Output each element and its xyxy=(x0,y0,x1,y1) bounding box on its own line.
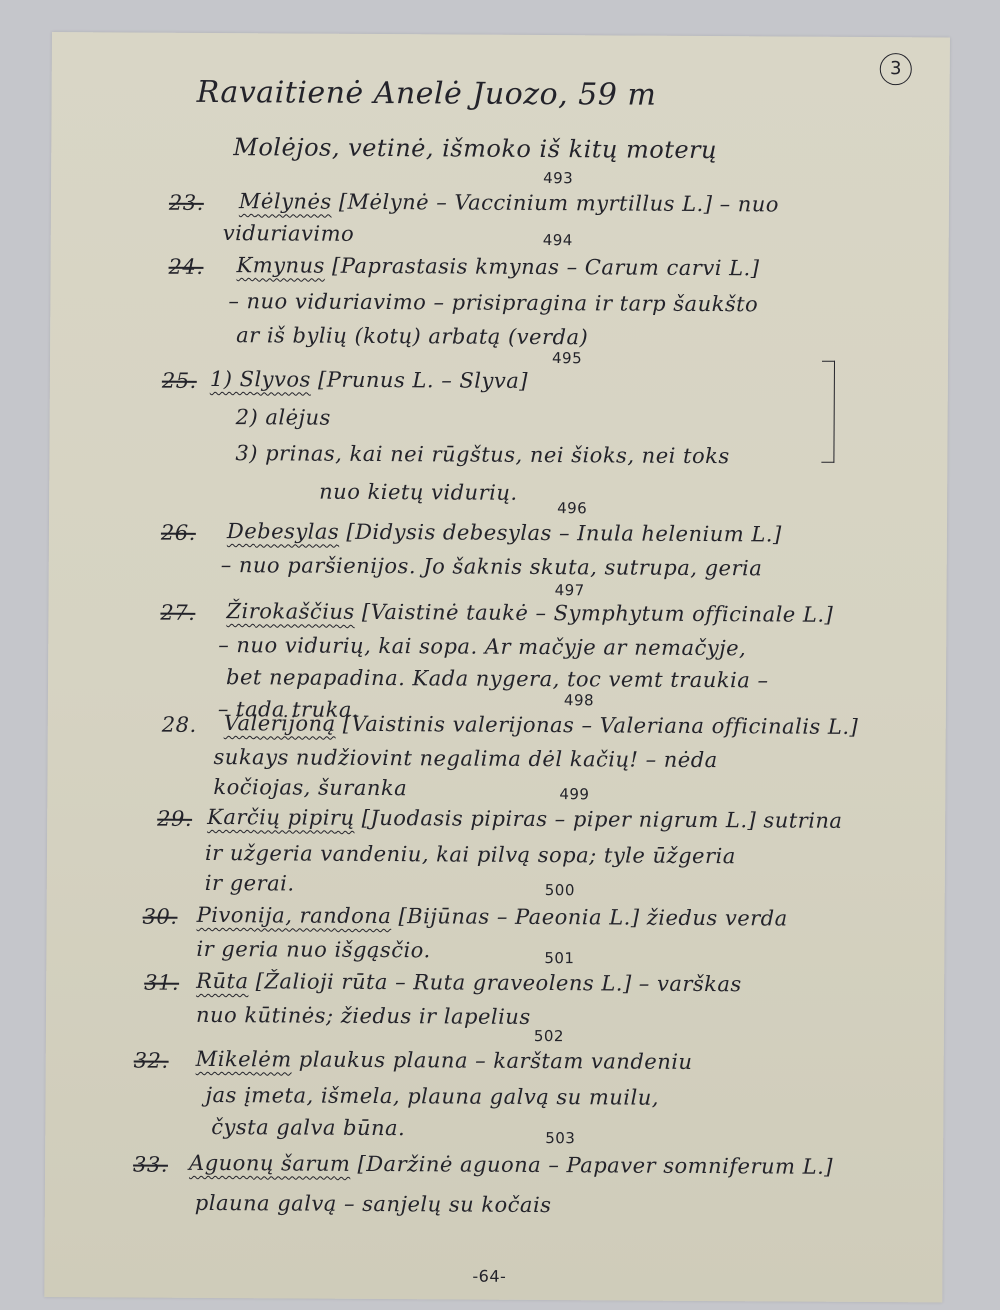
entry-line: Karčių pipirų [Juodasis pipiras – piper … xyxy=(207,805,842,833)
bracket-mark xyxy=(821,361,835,463)
entry-line: 3) prinas, kai nei rūgštus, nei šioks, n… xyxy=(235,441,729,468)
entry-term: Valerijoną xyxy=(224,711,336,736)
entry-ref-number: 503 xyxy=(545,1129,575,1147)
entry-line: 1) Slyvos [Prunus L. – Slyva] xyxy=(210,367,528,393)
entry-number: 33. xyxy=(133,1153,168,1177)
entry-line: – nuo paršienijos. Jo šaknis skuta, sutr… xyxy=(221,553,763,580)
entry-line: bet nepapadina. Kada nygera, toc vemt tr… xyxy=(226,665,769,692)
entry-number: 24. xyxy=(168,255,203,279)
entry-line: 2) alėjus xyxy=(236,405,331,430)
entry-line: Žirokaščius [Vaistinė taukė – Symphytum … xyxy=(226,599,833,627)
entry-line: ar iš bylių (kotų) arbatą (verda) xyxy=(236,323,588,349)
entry-line: – nuo viduriavimo – prisipragina ir tarp… xyxy=(228,289,758,316)
entry-line: čysta galva būna. xyxy=(211,1115,405,1140)
entry-number: 27. xyxy=(160,601,195,625)
entry-line: Kmynus [Paprastasis kmynas – Carum carvi… xyxy=(237,253,760,280)
entry-line: ir geria nuo išgąsčio. xyxy=(196,937,430,962)
entry-line: nuo kūtinės; žiedus ir lapelius xyxy=(196,1003,531,1029)
entry-term: Aguonų šarum xyxy=(189,1151,350,1176)
entry-line: Valerijoną [Vaistinis valerijonas – Vale… xyxy=(224,711,859,739)
document-page: 3 Ravaitienė Anelė Juozo, 59 m Molėjos, … xyxy=(44,32,950,1302)
entry-term: Debesylas xyxy=(227,519,339,544)
entry-line: Mikelėm plaukus plauna – karštam vandeni… xyxy=(196,1047,693,1074)
entry-number: 32. xyxy=(134,1049,169,1073)
page-number-footer: -64- xyxy=(472,1267,506,1286)
entry-term: 1) Slyvos xyxy=(210,367,311,392)
entry-ref-number: 493 xyxy=(543,169,573,187)
entry-ref-number: 494 xyxy=(543,231,573,249)
entry-ref-number: 495 xyxy=(552,349,582,367)
entry-line: ir užgeria vandeniu, kai pilvą sopa; tyl… xyxy=(205,841,736,868)
entry-line: plauna galvą – sanjelų su kočais xyxy=(195,1191,552,1217)
entry-term: Mėlynės xyxy=(239,189,332,214)
entry-line: Mėlynės [Mėlynė – Vaccinium myrtillus L.… xyxy=(239,189,779,216)
entry-line: Aguonų šarum [Daržinė aguona – Papaver s… xyxy=(189,1151,833,1179)
entry-term: Mikelėm xyxy=(196,1047,292,1072)
entry-term: Kmynus xyxy=(237,253,325,278)
entry-term: Rūta xyxy=(196,969,248,993)
entry-line: Rūta [Žalioji rūta – Ruta graveolens L.]… xyxy=(196,969,742,996)
entry-number: 31. xyxy=(144,971,179,995)
entry-number: 29. xyxy=(157,807,192,831)
entry-line: Debesylas [Didysis debesylas – Inula hel… xyxy=(227,519,782,546)
entry-number: 23. xyxy=(169,191,204,215)
entry-line: viduriavimo xyxy=(223,221,355,246)
page-subtitle: Molėjos, vetinė, išmoko iš kitų moterų xyxy=(233,133,717,164)
entry-number: 28. xyxy=(162,713,197,737)
entry-term: Pivonija, randona xyxy=(197,903,392,928)
entry-term: Žirokaščius xyxy=(226,599,354,624)
entry-line: nuo kietų vidurių. xyxy=(319,480,518,505)
entry-ref-number: 499 xyxy=(559,785,589,803)
page-title: Ravaitienė Anelė Juozo, 59 m xyxy=(197,75,657,113)
entry-line: kočiojas, šuranka xyxy=(213,775,407,800)
entry-line: – nuo vidurių, kai sopa. Ar mačyje ar ne… xyxy=(218,633,746,660)
circled-page-number: 3 xyxy=(880,53,912,85)
entry-ref-number: 500 xyxy=(545,881,575,899)
entry-number: 26. xyxy=(161,521,196,545)
entry-number: 25. xyxy=(162,369,197,393)
entry-ref-number: 501 xyxy=(544,949,574,967)
entry-ref-number: 497 xyxy=(555,581,585,599)
entry-line: jas įmeta, išmela, plauna galvą su muilu… xyxy=(205,1083,659,1110)
entry-ref-number: 502 xyxy=(534,1027,564,1045)
entry-line: Pivonija, randona [Bijūnas – Paeonia L.]… xyxy=(197,903,788,931)
entry-ref-number: 498 xyxy=(564,691,594,709)
entry-line: sukays nudžiovint negalima dėl kačių! – … xyxy=(214,745,718,772)
entry-number: 30. xyxy=(143,905,178,929)
entry-ref-number: 496 xyxy=(557,499,587,517)
entry-term: Karčių pipirų xyxy=(207,805,354,830)
entry-line: ir gerai. xyxy=(205,871,295,896)
